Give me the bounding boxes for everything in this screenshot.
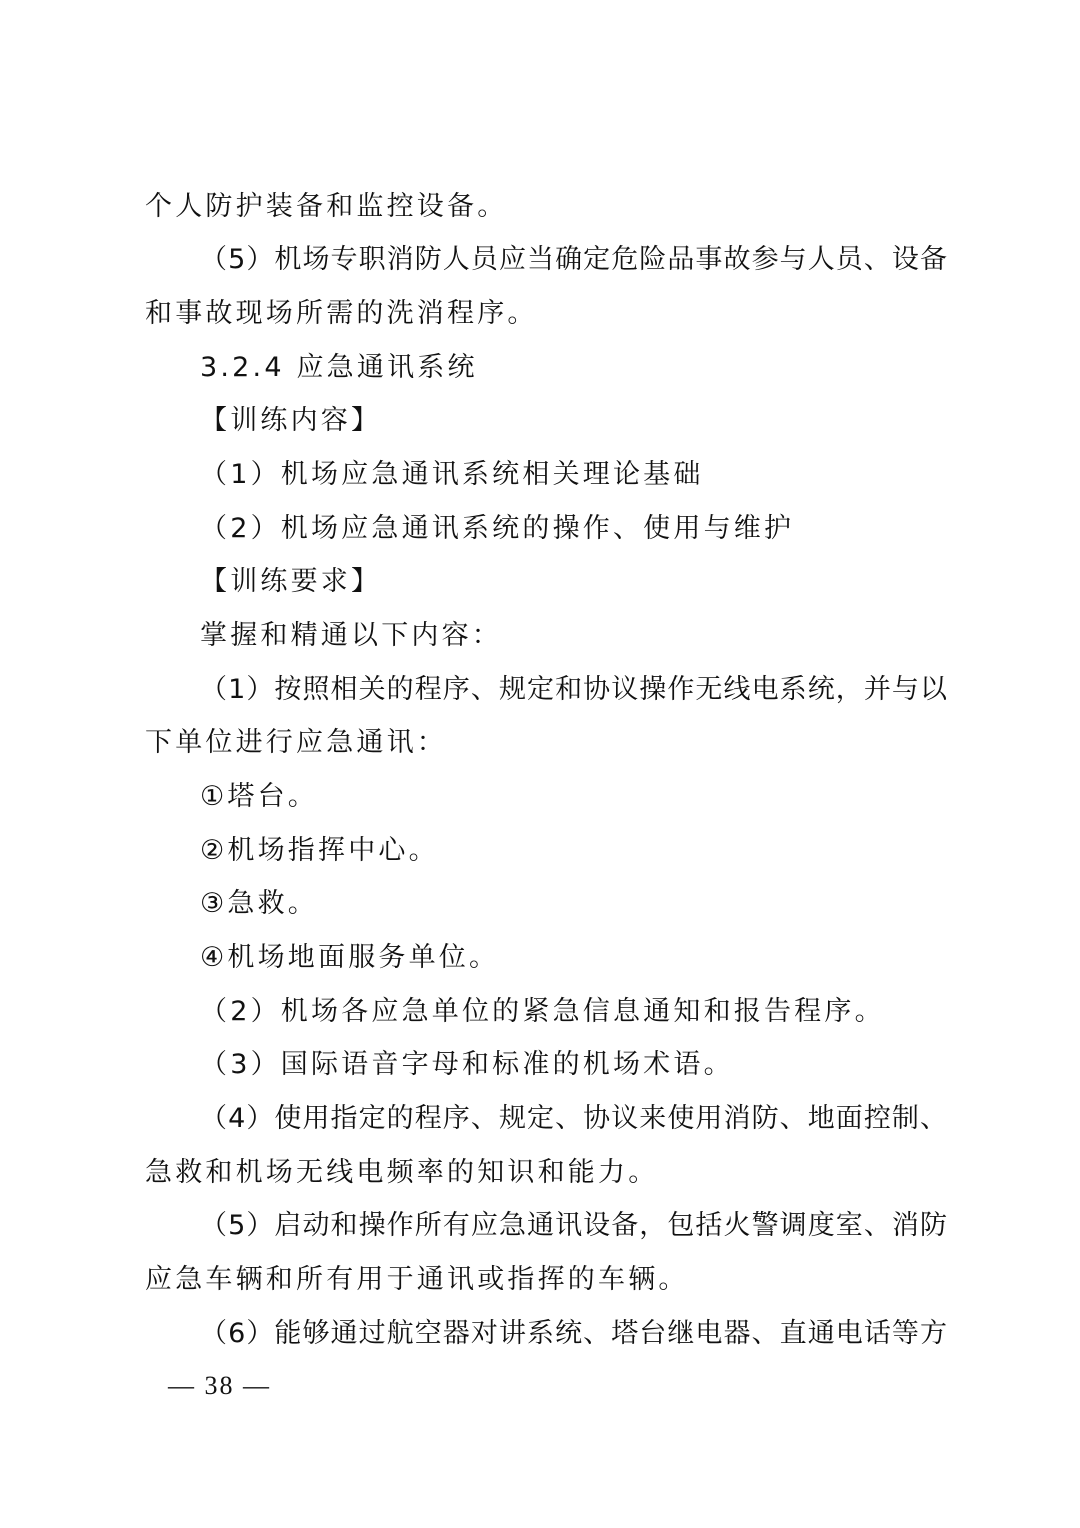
list-item: （5）启动和操作所有应急通讯设备，包括火警调度室、消防 <box>200 1206 947 1246</box>
list-item: （4）使用指定的程序、规定、协议来使用消防、地面控制、 <box>200 1099 947 1139</box>
paragraph-line: 个人防护装备和监控设备。 <box>145 187 947 227</box>
paragraph-line: （5）机场专职消防人员应当确定危险品事故参与人员、设备 <box>200 240 947 280</box>
list-item: （3）国际语音字母和标准的机场术语。 <box>200 1045 947 1085</box>
list-item: （1）机场应急通讯系统相关理论基础 <box>200 455 947 495</box>
paragraph-line: 和事故现场所需的洗消程序。 <box>145 294 947 334</box>
paragraph-line: 急救和机场无线电频率的知识和能力。 <box>145 1153 947 1193</box>
page-number: — 38 — <box>168 1366 271 1406</box>
sub-list-item: ①塔台。 <box>200 777 947 817</box>
paragraph-line: 掌握和精通以下内容： <box>200 616 947 656</box>
subsection-label: 【训练要求】 <box>200 562 947 602</box>
section-heading: 3.2.4 应急通讯系统 <box>200 348 947 388</box>
subsection-label: 【训练内容】 <box>200 401 947 441</box>
paragraph-line: 下单位进行应急通讯： <box>145 723 947 763</box>
sub-list-item: ②机场指挥中心。 <box>200 831 947 871</box>
list-item: （2）机场应急通讯系统的操作、使用与维护 <box>200 509 947 549</box>
sub-list-item: ④机场地面服务单位。 <box>200 938 947 978</box>
list-item: （1）按照相关的程序、规定和协议操作无线电系统，并与以 <box>200 670 947 710</box>
document-page: 个人防护装备和监控设备。 （5）机场专职消防人员应当确定危险品事故参与人员、设备… <box>0 0 1080 1528</box>
sub-list-item: ③急救。 <box>200 884 947 924</box>
list-item: （6）能够通过航空器对讲系统、塔台继电器、直通电话等方 <box>200 1314 947 1354</box>
list-item: （2）机场各应急单位的紧急信息通知和报告程序。 <box>200 992 947 1032</box>
paragraph-line: 应急车辆和所有用于通讯或指挥的车辆。 <box>145 1260 947 1300</box>
